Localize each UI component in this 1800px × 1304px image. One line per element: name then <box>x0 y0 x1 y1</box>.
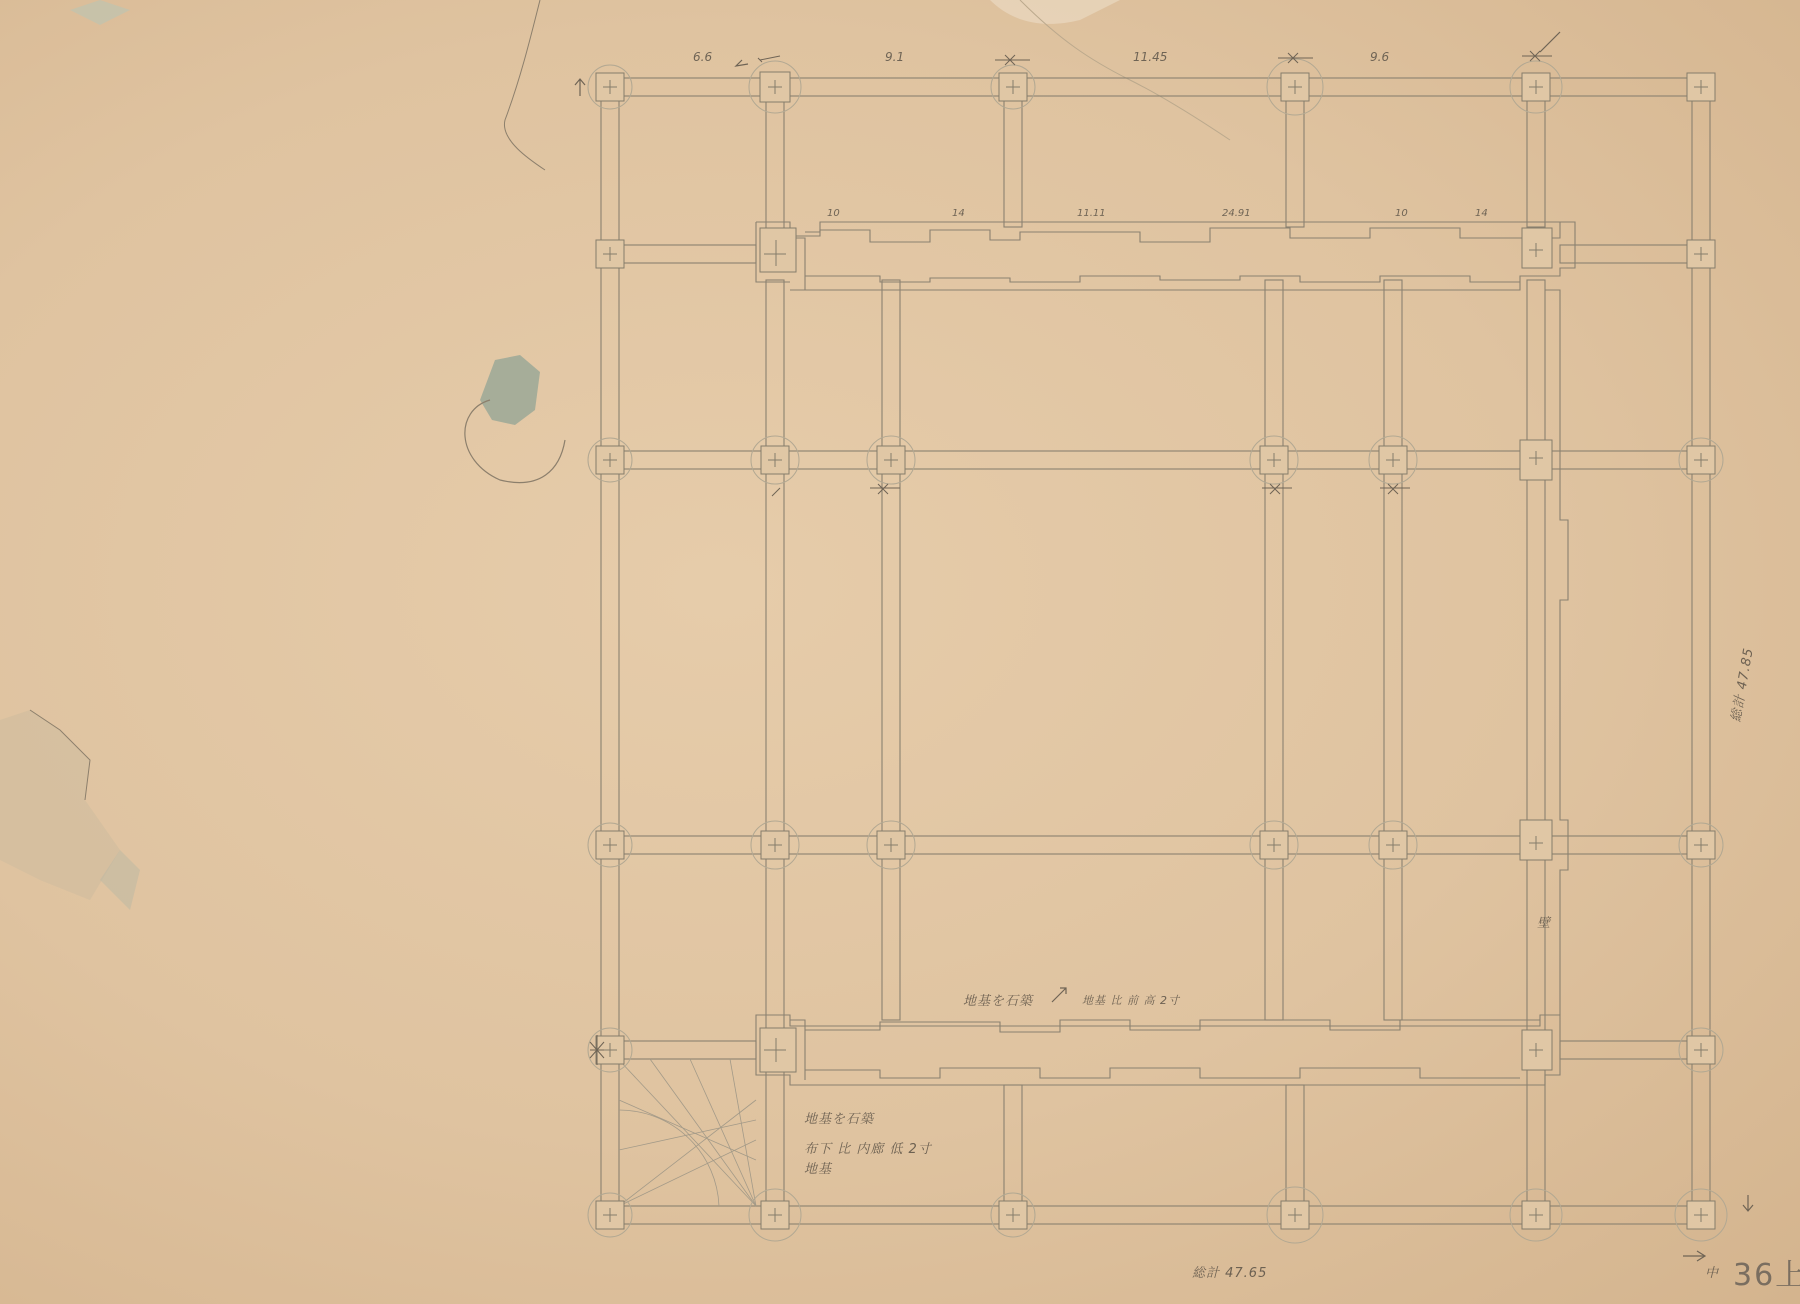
arrow-up-icon <box>575 79 585 96</box>
floor-plan <box>0 0 1800 1304</box>
dimension-label: 14 <box>1475 208 1488 219</box>
annotation-stair-note: 布下 比 内廊 低 2寸 <box>804 1138 932 1157</box>
annotation-stair-note: 地基を石築 <box>804 1108 874 1127</box>
annotation-stair-note: 地基 <box>804 1158 832 1177</box>
dimension-label: 6.6 <box>693 50 712 64</box>
dimension-label: 14 <box>952 208 965 219</box>
column-footings <box>588 59 1727 1243</box>
dimension-label: 10 <box>827 208 840 219</box>
arrow-down-icon <box>1743 1195 1753 1211</box>
direction-arrows <box>575 32 1753 1261</box>
annotation-foundation-height: 地基 比 前 高 2寸 <box>1082 992 1180 1008</box>
sheet-number: 36上 <box>1733 1250 1800 1294</box>
annotation-total: 総計 47.65 <box>1192 1262 1267 1281</box>
arrow-left-icon <box>736 60 748 66</box>
annotation-arrow-note: 中 <box>1705 1262 1719 1281</box>
drawing-sheet: 6.6 9.1 11.45 9.6 10 14 11.11 24.91 10 1… <box>0 0 1800 1304</box>
dimension-label: 9.6 <box>1370 50 1389 64</box>
arrow-right-icon <box>1683 1251 1705 1261</box>
dimension-ticks <box>590 51 1552 1065</box>
dimension-label: 24.91 <box>1222 208 1251 219</box>
dimension-label: 10 <box>1395 208 1408 219</box>
dimension-label: 11.45 <box>1133 50 1167 64</box>
leader-line <box>1540 32 1560 52</box>
dimension-label: 9.1 <box>885 50 904 64</box>
dimension-label: 11.11 <box>1077 208 1106 219</box>
annotation-foundation-note: 地基を石築 <box>963 990 1033 1009</box>
annotation-wall: 壁 <box>1537 912 1551 931</box>
